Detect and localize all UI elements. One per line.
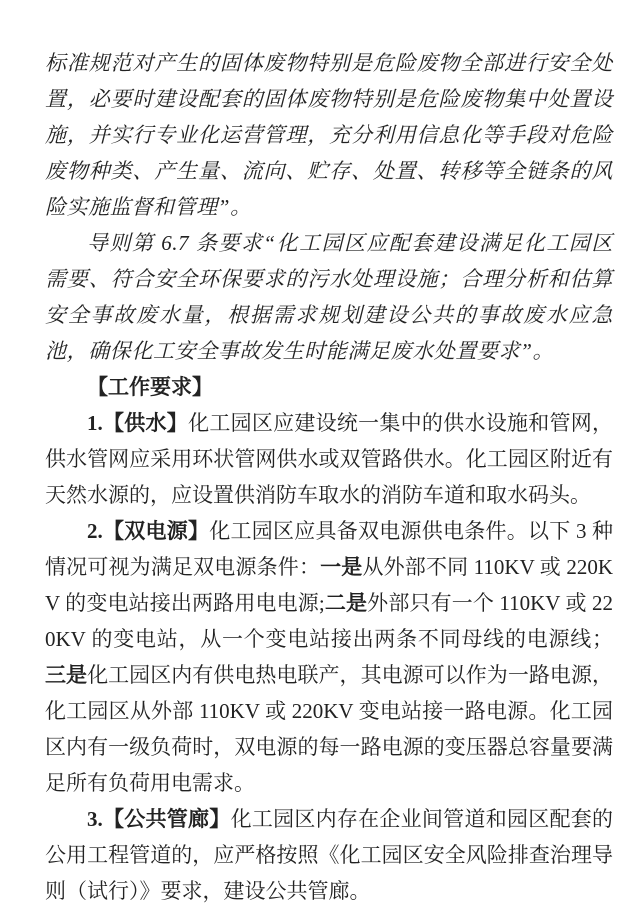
work-requirements-heading: 【工作要求】: [45, 369, 613, 405]
item-2-case-2-head: 二是: [325, 591, 367, 615]
paragraph-item-2-dual-power: 2.【双电源】化工园区应具备双电源供电条件。以下 3 种情况可视为满足双电源条件…: [45, 513, 613, 801]
paragraph-item-1-water-supply: 1.【供水】化工园区应建设统一集中的供水设施和管网，供水管网应采用环状管网供水或…: [45, 405, 613, 513]
heading-text: 【工作要求】: [87, 375, 213, 399]
item-2-case-3-body: 化工园区内有供电热电联产，其电源可以作为一路电源，化工园区从外部 110KV 或…: [45, 663, 613, 795]
paragraph-solid-waste-continuation: 标准规范对产生的固体废物特别是危险废物全部进行安全处置，必要时建设配套的固体废物…: [45, 45, 613, 225]
paragraph-item-3-public-pipe-gallery: 3.【公共管廊】化工园区内存在企业间管道和园区配套的公用工程管道的，应严格按照《…: [45, 801, 613, 909]
item-2-case-1-head: 一是: [320, 555, 362, 579]
paragraph-text: 标准规范对产生的固体废物特别是危险废物全部进行安全处置，必要时建设配套的固体废物…: [45, 51, 613, 219]
item-1-label: 1.【供水】: [87, 411, 188, 435]
item-3-label: 3.【公共管廊】: [87, 807, 231, 831]
item-2-case-3-head: 三是: [45, 663, 87, 687]
item-2-label: 2.【双电源】: [87, 519, 209, 543]
paragraph-guideline-article-6-7: 导则第 6.7 条要求“化工园区应配套建设满足化工园区需要、符合安全环保要求的污…: [45, 225, 613, 369]
document-page: 标准规范对产生的固体废物特别是危险废物全部进行安全处置，必要时建设配套的固体废物…: [0, 0, 640, 919]
paragraph-text: 导则第 6.7 条要求“化工园区应配套建设满足化工园区需要、符合安全环保要求的污…: [45, 231, 613, 363]
